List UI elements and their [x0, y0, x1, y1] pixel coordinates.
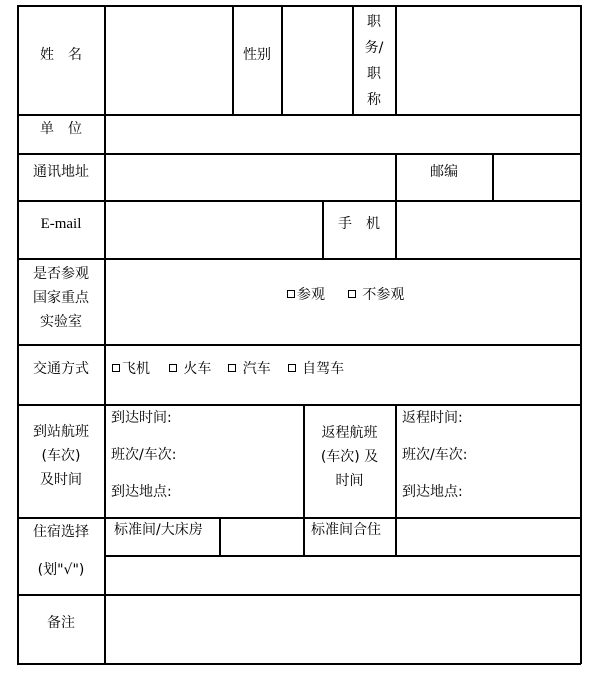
address-input[interactable] — [106, 155, 394, 200]
title-input[interactable] — [397, 7, 579, 114]
arrival-label: 到站航班 (车次) 及时间 — [18, 420, 104, 492]
lodging-standard-check[interactable] — [221, 519, 302, 555]
lodging-extra-input[interactable] — [106, 557, 579, 594]
lodging-shared-option: 标准间合住 — [311, 520, 381, 540]
divider — [17, 404, 581, 406]
transport-options: 飞机 火车 汽车 自驾车 — [112, 359, 344, 379]
transport-selfdrive-option[interactable]: 自驾车 — [288, 361, 344, 377]
name-input[interactable] — [106, 7, 231, 114]
mobile-label: 手 机 — [323, 214, 395, 234]
visit-label: 是否参观 国家重点 实验室 — [18, 262, 104, 334]
return-train-field[interactable]: 班次/车次: — [402, 445, 467, 465]
mobile-input[interactable] — [397, 202, 579, 258]
divider — [17, 258, 581, 260]
return-place-field[interactable]: 到达地点: — [402, 482, 463, 502]
transport-label: 交通方式 — [18, 359, 104, 379]
name-label: 姓 名 — [18, 45, 104, 65]
lodging-label-line2: (划"√") — [18, 560, 104, 580]
email-input[interactable] — [106, 202, 321, 258]
remarks-label: 备注 — [18, 613, 104, 633]
visit-yes-option[interactable]: 参观 — [287, 287, 325, 303]
checkbox-icon[interactable] — [288, 364, 296, 372]
return-time-field[interactable]: 返程时间: — [402, 408, 463, 428]
gender-label: 性别 — [233, 45, 281, 65]
arrival-place-field[interactable]: 到达地点: — [111, 482, 172, 502]
transport-train-option[interactable]: 火车 — [169, 361, 211, 377]
gender-input[interactable] — [283, 7, 351, 114]
unit-input[interactable] — [106, 116, 579, 153]
unit-label: 单 位 — [18, 119, 104, 139]
checkbox-icon[interactable] — [169, 364, 177, 372]
remarks-input[interactable] — [106, 596, 579, 663]
transport-bus-option[interactable]: 汽车 — [228, 361, 270, 377]
divider — [395, 404, 397, 518]
postcode-input[interactable] — [494, 155, 579, 200]
transport-plane-option[interactable]: 飞机 — [112, 361, 150, 377]
email-label: E-mail — [18, 214, 104, 234]
visit-options: 参观 不参观 — [287, 285, 404, 305]
lodging-standard-option: 标准间/大床房 — [114, 520, 203, 540]
visit-no-option[interactable]: 不参观 — [348, 287, 404, 303]
title-label: 职 务/ 职 称 — [353, 9, 395, 113]
arrival-train-field[interactable]: 班次/车次: — [111, 445, 176, 465]
lodging-shared-check[interactable] — [397, 519, 579, 555]
postcode-label: 邮编 — [396, 162, 492, 182]
checkbox-icon[interactable] — [287, 290, 295, 298]
lodging-label-line1: 住宿选择 — [18, 522, 104, 542]
border-right — [580, 5, 582, 664]
return-label: 返程航班 (车次) 及 时间 — [304, 421, 395, 493]
arrival-time-field[interactable]: 到达时间: — [111, 408, 172, 428]
address-label: 通讯地址 — [18, 162, 104, 182]
checkbox-icon[interactable] — [348, 290, 356, 298]
divider — [303, 517, 305, 556]
checkbox-icon[interactable] — [228, 364, 236, 372]
border-bottom — [17, 663, 581, 665]
checkbox-icon[interactable] — [112, 364, 120, 372]
divider — [17, 344, 581, 346]
